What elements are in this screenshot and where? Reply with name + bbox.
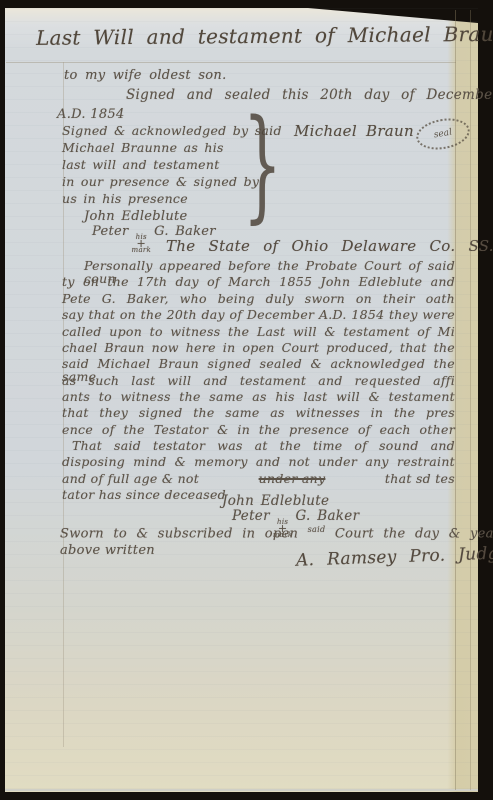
signed-sealed-line: Signed and sealed this 20th day of Decem… <box>126 89 493 103</box>
probate-final-line: tator has since deceased <box>62 489 226 502</box>
header-rule-line <box>6 62 456 63</box>
page-header: Last Will and testament of Michael Braun… <box>36 24 460 48</box>
attestation-line: in our presence & signed by <box>62 176 259 189</box>
struck-line-before: and of full age & not <box>62 473 199 486</box>
sworn-line-text: Court the day & year <box>335 526 493 541</box>
seal-label: seal <box>433 127 453 140</box>
probate-line: say that on the 20th day of December A.D… <box>62 309 455 322</box>
date-line: A.D. 1854 <box>57 108 125 121</box>
witness-name-first: Peter <box>232 508 270 524</box>
attestation-line: Michael Braunne as his <box>62 142 224 155</box>
struck-words: under any <box>259 473 326 486</box>
probate-line: disposing mind & memory and not under an… <box>62 456 455 469</box>
document-photo: Last Will and testament of Michael Braun… <box>0 0 493 800</box>
probate-line: That said testator was at the time of so… <box>72 440 455 453</box>
page-edge-line <box>470 10 471 790</box>
struck-line-after: that sd tes <box>385 473 455 486</box>
probate-line: Pete G. Baker, who being duly sworn on t… <box>62 293 455 306</box>
sworn-line-text: Sworn to & subscribed in open <box>60 526 298 541</box>
mark-label-bottom: mark <box>132 248 152 253</box>
probate-line: called upon to witness the Last will & t… <box>62 326 455 339</box>
witness-signature: John Edleblute <box>222 495 329 509</box>
will-fragment-line: to my wife oldest son. <box>64 69 227 82</box>
his-mark: his+mark <box>132 235 152 253</box>
probate-line: chael Braun now here in open Court produ… <box>62 342 455 355</box>
testator-signature: Michael Braun <box>294 124 414 139</box>
attestation-brace: } <box>243 103 282 225</box>
probate-heading: The State of Ohio Delaware Co. SS. <box>166 239 493 254</box>
probate-line: as such last will and testament and requ… <box>62 375 455 388</box>
witness-signature: John Edleblute <box>84 210 188 223</box>
probate-line: ants to witness the same as his last wil… <box>62 391 455 404</box>
attestation-line: us in his presence <box>62 193 188 206</box>
witness-name-last: G. Baker <box>295 508 359 524</box>
sworn-line: Sworn to & subscribed in open said Court… <box>60 526 493 540</box>
attestation-line: last will and testament <box>62 159 220 172</box>
probate-line: that they signed the same as witnesses i… <box>62 407 455 420</box>
probate-line: ty on the 17th day of March 1855 John Ed… <box>62 276 455 289</box>
inserted-word: said <box>308 525 326 534</box>
witness-name-first: Peter <box>92 224 129 239</box>
probate-line-with-strikeout: and of full age & not under any that sd … <box>62 473 455 486</box>
sworn-line-2: above written <box>60 544 155 557</box>
probate-line: ence of the Testator & in the presence o… <box>62 424 455 437</box>
document-title: Last Will and testament of Michael Braun <box>36 24 493 48</box>
page-bottom-edge <box>5 789 478 791</box>
